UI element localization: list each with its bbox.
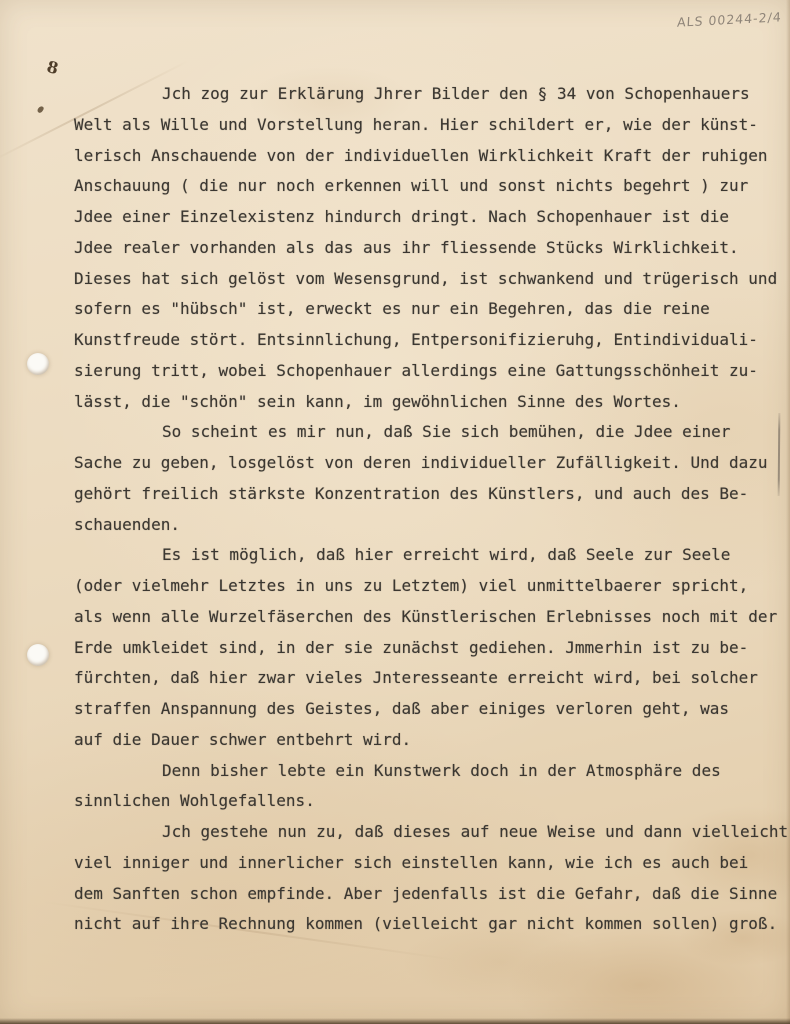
letter-body: Jch zog zur Erklärung Jhrer Bilder den §…: [74, 79, 790, 940]
page-right-shadow: [786, 0, 790, 1024]
letter-line: Jdee einer Einzelexistenz hindurch dring…: [74, 202, 790, 233]
letter-line: Es ist möglich, daß hier erreicht wird, …: [74, 540, 790, 571]
letter-line: Kunstfreude stört. Entsinnlichung, Entpe…: [74, 325, 790, 356]
letter-line: dem Sanften schon empfinde. Aber jedenfa…: [74, 879, 790, 910]
letter-line: nicht auf ihre Rechnung kommen (vielleic…: [74, 909, 790, 940]
letter-page: ALS 00244-2/4 8 Jch zog zur Erklärung Jh…: [0, 0, 790, 1024]
letter-line: Dieses hat sich gelöst vom Wesensgrund, …: [74, 264, 790, 295]
letter-line: (oder vielmehr Letztes in uns zu Letztem…: [74, 571, 790, 602]
letter-line: viel inniger und innerlicher sich einste…: [74, 848, 790, 879]
letter-line: straffen Anspannung des Geistes, daß abe…: [74, 694, 790, 725]
page-bottom-shadow: [0, 1018, 790, 1024]
paper-speck: [36, 105, 44, 114]
ink-corner-mark: 8: [45, 57, 60, 78]
letter-line: sinnlichen Wohlgefallens.: [74, 786, 790, 817]
letter-line: Anschauung ( die nur noch erkennen will …: [74, 171, 790, 202]
letter-line: Jch gestehe nun zu, daß dieses auf neue …: [74, 817, 790, 848]
punch-hole-bottom: [27, 644, 49, 666]
letter-line: So scheint es mir nun, daß Sie sich bemü…: [74, 417, 790, 448]
letter-line: auf die Dauer schwer entbehrt wird.: [74, 725, 790, 756]
letter-line: gehört freilich stärkste Konzentration d…: [74, 479, 790, 510]
letter-line: sofern es "hübsch" ist, erweckt es nur e…: [74, 294, 790, 325]
letter-line: als wenn alle Wurzelfäserchen des Künstl…: [74, 602, 790, 633]
letter-line: Sache zu geben, losgelöst von deren indi…: [74, 448, 790, 479]
archive-number-annotation: ALS 00244-2/4: [677, 9, 782, 30]
punch-hole-top: [27, 353, 49, 375]
letter-line: Denn bisher lebte ein Kunstwerk doch in …: [74, 756, 790, 787]
letter-line: Welt als Wille und Vorstellung heran. Hi…: [74, 110, 790, 141]
letter-line: Jch zog zur Erklärung Jhrer Bilder den §…: [74, 79, 790, 110]
letter-line: lässt, die "schön" sein kann, im gewöhnl…: [74, 387, 790, 418]
letter-line: fürchten, daß hier zwar vieles Jnteresse…: [74, 663, 790, 694]
letter-line: Jdee realer vorhanden als das aus ihr fl…: [74, 233, 790, 264]
letter-line: Erde umkleidet sind, in der sie zunächst…: [74, 633, 790, 664]
letter-line: lerisch Anschauende von der individuelle…: [74, 141, 790, 172]
letter-line: sierung tritt, wobei Schopenhauer allerd…: [74, 356, 790, 387]
letter-line: schauenden.: [74, 510, 790, 541]
